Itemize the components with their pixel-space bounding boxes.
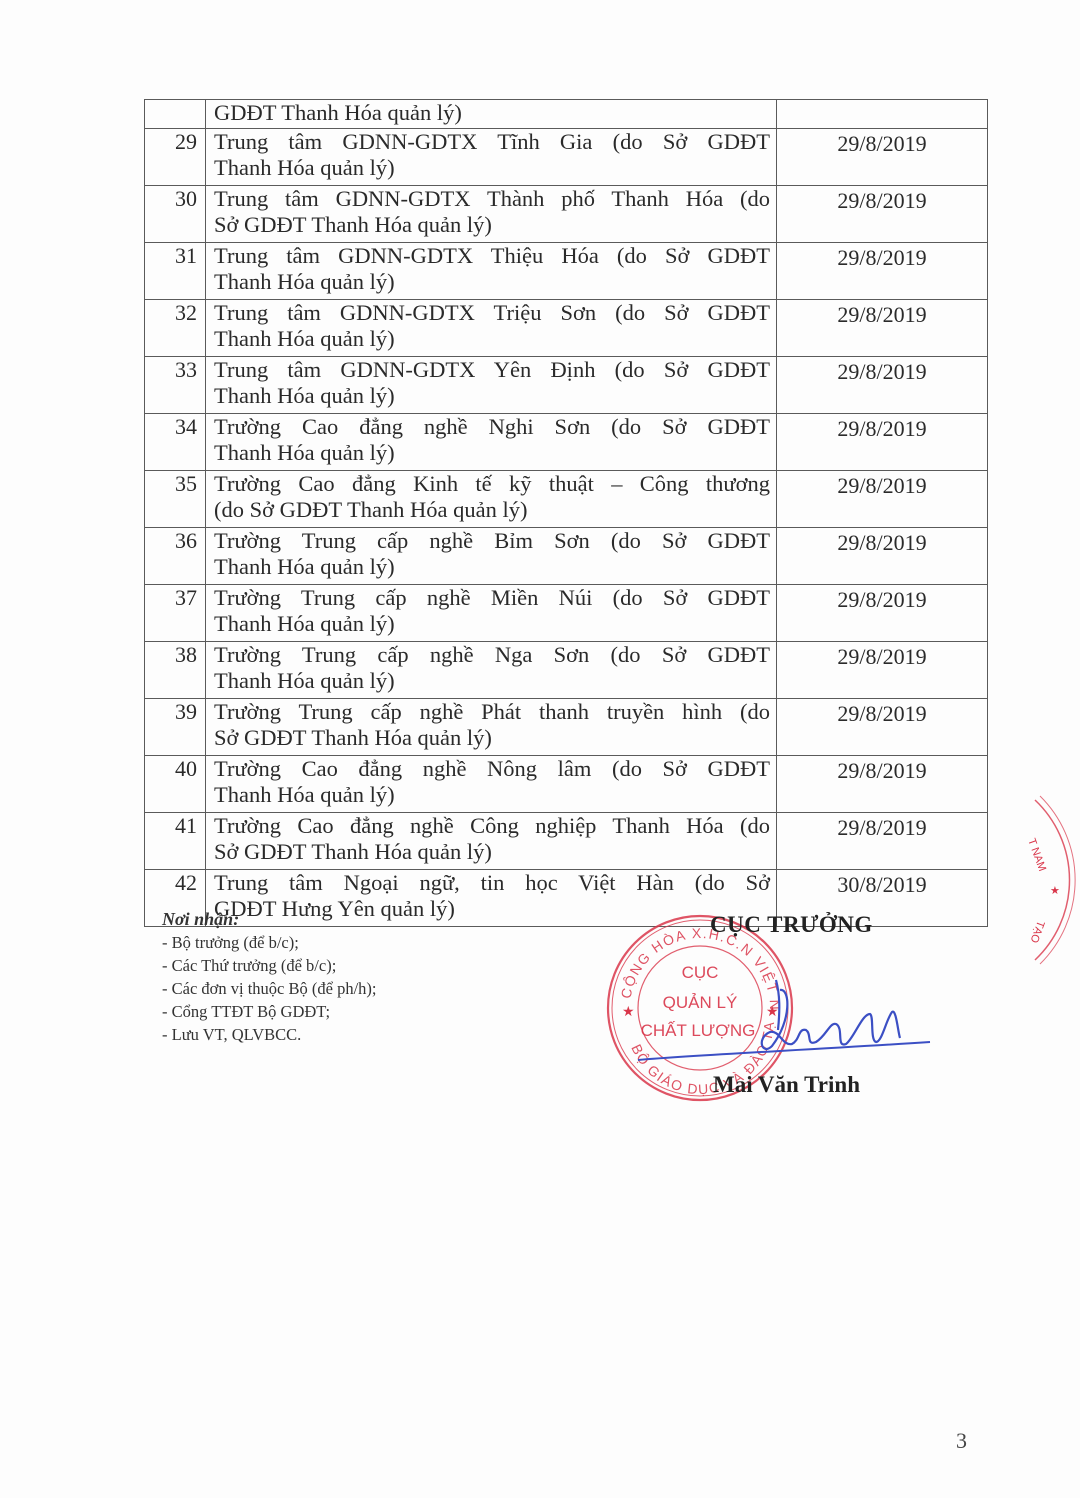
table-row: 32Trung tâm GDNN-GDTX Triệu Sơn (do Sở G…: [145, 300, 988, 357]
table-row-continuation: GDĐT Thanh Hóa quản lý): [145, 100, 988, 129]
accreditation-date: 29/8/2019: [777, 813, 988, 870]
handwritten-signature-icon: [630, 950, 950, 1070]
accreditation-date: 29/8/2019: [777, 471, 988, 528]
institution-name: GDĐT Thanh Hóa quản lý): [206, 100, 777, 129]
accreditation-date: 29/8/2019: [777, 642, 988, 699]
table-row: 38Trường Trung cấp nghề Nga Sơn (do Sở G…: [145, 642, 988, 699]
recipients-block: Nơi nhận: - Bộ trưởng (để b/c); - Các Th…: [162, 908, 376, 1046]
row-number: 32: [145, 300, 206, 357]
recipients-title: Nơi nhận:: [162, 908, 376, 931]
accreditation-date: 29/8/2019: [777, 129, 988, 186]
table-row: 31Trung tâm GDNN-GDTX Thiệu Hóa (do Sở G…: [145, 243, 988, 300]
page-number: 3: [956, 1428, 967, 1454]
accreditation-date: 29/8/2019: [777, 357, 988, 414]
row-number: [145, 100, 206, 129]
table-row: 30Trung tâm GDNN-GDTX Thành phố Thanh Hó…: [145, 186, 988, 243]
document-page: GDĐT Thanh Hóa quản lý) 29Trung tâm GDNN…: [0, 0, 1080, 1498]
table-row: 34Trường Cao đẳng nghề Nghi Sơn (do Sở G…: [145, 414, 988, 471]
signer-role: CỤC TRƯỞNG: [710, 912, 873, 938]
row-number: 29: [145, 129, 206, 186]
institution-name: Trường Cao đẳng nghề Nông lâm (do Sở GDĐ…: [206, 756, 777, 813]
row-number: 34: [145, 414, 206, 471]
accreditation-date: 29/8/2019: [777, 300, 988, 357]
svg-text:TẠO: TẠO: [1027, 919, 1046, 945]
table-row: 37Trường Trung cấp nghề Miền Núi (do Sở …: [145, 585, 988, 642]
accreditation-date: 29/8/2019: [777, 243, 988, 300]
signer-name: Mai Văn Trinh: [713, 1072, 860, 1098]
institution-name: Trung tâm GDNN-GDTX Triệu Sơn (do Sở GDĐ…: [206, 300, 777, 357]
signature-block: CỘNG HÒA X.H.C.N VIỆT NAM BỘ GIÁO DỤC VÀ…: [600, 900, 960, 1110]
row-number: 40: [145, 756, 206, 813]
institution-name: Trường Cao đẳng nghề Nghi Sơn (do Sở GDĐ…: [206, 414, 777, 471]
row-number: 33: [145, 357, 206, 414]
table-row: 33Trung tâm GDNN-GDTX Yên Định (do Sở GD…: [145, 357, 988, 414]
recipient-item: - Lưu VT, QLVBCC.: [162, 1023, 376, 1046]
institution-name: Trường Trung cấp nghề Miền Núi (do Sở GD…: [206, 585, 777, 642]
accreditation-table: GDĐT Thanh Hóa quản lý) 29Trung tâm GDNN…: [144, 99, 988, 927]
svg-text:★: ★: [1050, 885, 1060, 897]
accreditation-date: 29/8/2019: [777, 186, 988, 243]
institution-name: Trung tâm GDNN-GDTX Tĩnh Gia (do Sở GDĐT…: [206, 129, 777, 186]
table-row: 35Trường Cao đẳng Kinh tế kỹ thuật – Côn…: [145, 471, 988, 528]
institution-name: Trường Trung cấp nghề Nga Sơn (do Sở GDĐ…: [206, 642, 777, 699]
recipient-item: - Các đơn vị thuộc Bộ (để ph/h);: [162, 977, 376, 1000]
institution-name: Trường Trung cấp nghề Phát thanh truyền …: [206, 699, 777, 756]
row-number: 37: [145, 585, 206, 642]
table-row: 41Trường Cao đẳng nghề Công nghiệp Thanh…: [145, 813, 988, 870]
recipient-item: - Các Thứ trưởng (để b/c);: [162, 954, 376, 977]
accreditation-date: 29/8/2019: [777, 528, 988, 585]
table-row: 29Trung tâm GDNN-GDTX Tĩnh Gia (do Sở GD…: [145, 129, 988, 186]
row-number: 30: [145, 186, 206, 243]
row-number: 39: [145, 699, 206, 756]
accreditation-date: 29/8/2019: [777, 585, 988, 642]
accreditation-date: 29/8/2019: [777, 699, 988, 756]
recipient-item: - Cổng TTĐT Bộ GDĐT;: [162, 1000, 376, 1023]
institution-name: Trường Cao đẳng nghề Công nghiệp Thanh H…: [206, 813, 777, 870]
table-row: 39Trường Trung cấp nghề Phát thanh truyề…: [145, 699, 988, 756]
institution-name: Trung tâm GDNN-GDTX Thành phố Thanh Hóa …: [206, 186, 777, 243]
institution-name: Trung tâm GDNN-GDTX Yên Định (do Sở GDĐT…: [206, 357, 777, 414]
recipient-item: - Bộ trưởng (để b/c);: [162, 931, 376, 954]
table-row: 40Trường Cao đẳng nghề Nông lâm (do Sở G…: [145, 756, 988, 813]
institution-name: Trường Trung cấp nghề Bỉm Sơn (do Sở GDĐ…: [206, 528, 777, 585]
accreditation-date: [777, 100, 988, 129]
accreditation-date: 29/8/2019: [777, 756, 988, 813]
row-number: 31: [145, 243, 206, 300]
row-number: 41: [145, 813, 206, 870]
institution-name: Trung tâm GDNN-GDTX Thiệu Hóa (do Sở GDĐ…: [206, 243, 777, 300]
row-number: 36: [145, 528, 206, 585]
institution-name: Trường Cao đẳng Kinh tế kỹ thuật – Công …: [206, 471, 777, 528]
table-row: 36Trường Trung cấp nghề Bỉm Sơn (do Sở G…: [145, 528, 988, 585]
row-number: 35: [145, 471, 206, 528]
partial-seal-icon: T NAM ★ TẠO: [1020, 790, 1080, 970]
row-number: 38: [145, 642, 206, 699]
svg-text:T NAM: T NAM: [1025, 837, 1048, 873]
accreditation-date: 29/8/2019: [777, 414, 988, 471]
